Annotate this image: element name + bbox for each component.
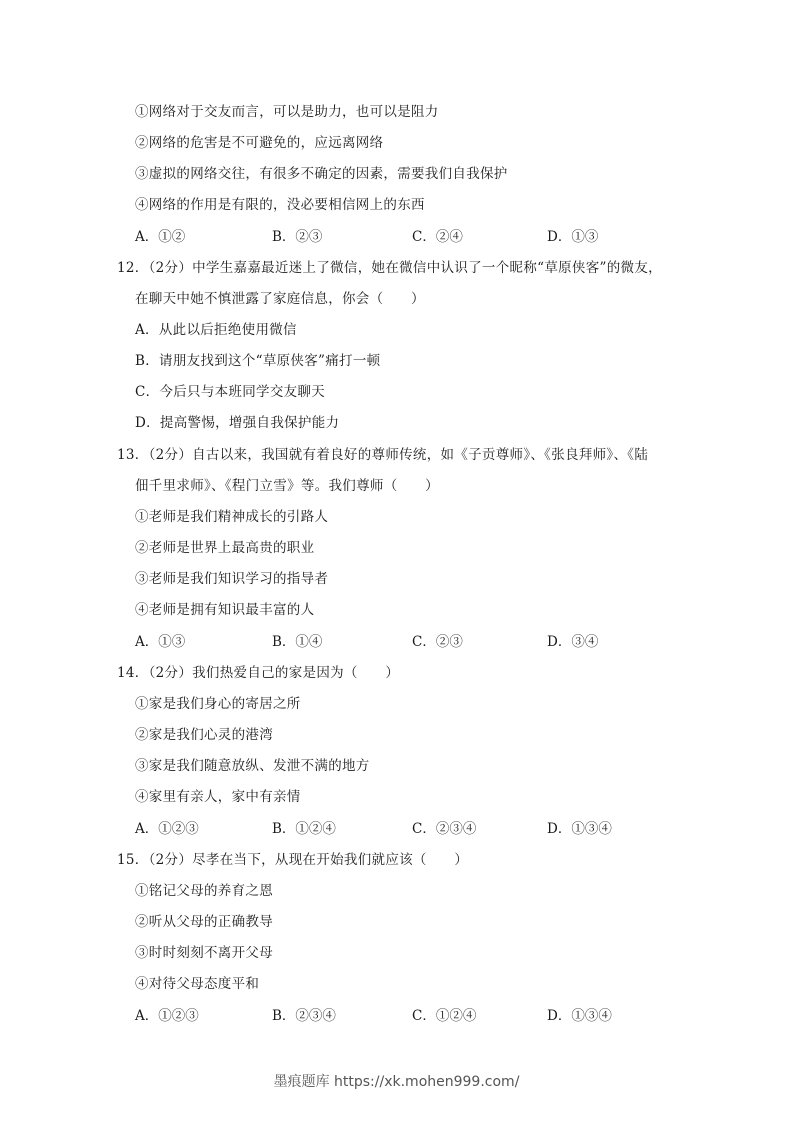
statement: ②网络的危害是不可避免的，应远离网络 [135,135,383,151]
statement: ①铭记父母的养育之恩 [135,883,273,899]
question-stem: 14．（2分）我们热爱自己的家是因为（ ） [117,665,399,681]
statement: ④对待父母态度平和 [135,976,259,992]
options-row: A．①③ B．①④ C．②③ D．③④ [135,634,695,650]
option-c: C．①②④ [412,1008,476,1024]
option-c: C．②④ [412,229,463,245]
option-d: D．①③④ [547,821,612,837]
statement: ④网络的作用是有限的，没必要相信网上的东西 [135,197,425,213]
option-b: B．①④ [272,634,322,650]
option-a: A．①② [135,229,185,245]
statement: ①网络对于交友而言，可以是助力，也可以是阻力 [135,104,439,120]
statement: ②家是我们心灵的港湾 [135,727,273,743]
option-b: B．②③④ [272,1008,336,1024]
options-row: A．①②③ B．②③④ C．①②④ D．①③④ [135,1008,695,1024]
option-d: D．①③ [547,229,598,245]
option-a: A．①③ [135,634,185,650]
options-row: A．①② B．②③ C．②④ D．①③ [135,229,695,245]
statement: ①老师是我们精神成长的引路人 [135,509,328,525]
option-c: C．②③ [412,634,463,650]
exam-page: ①网络对于交友而言，可以是助力，也可以是阻力 ②网络的危害是不可避免的，应远离网… [0,0,793,1122]
statement: ③时时刻刻不离开父母 [135,945,273,961]
option-b: B．②③ [272,229,322,245]
question-stem-cont: 佃千里求师》、《程门立雪》等。我们尊师（ ） [135,478,439,494]
option-d: D．提高警惕，增强自我保护能力 [135,415,339,431]
question-stem: 15．（2分）尽孝在当下，从现在开始我们就应该（ ） [117,852,468,868]
question-stem: 12．（2分）中学生嘉嘉最近迷上了微信，她在微信中认识了一个昵称“草原侠客”的微… [117,260,662,276]
statement: ②听从父母的正确教导 [135,914,273,930]
statement: ③家是我们随意放纵、发泄不满的地方 [135,758,370,774]
statement: ③老师是我们知识学习的指导者 [135,571,328,587]
option-b: B．请朋友找到这个“草原侠客”痛打一顿 [135,353,380,369]
statement: ①家是我们身心的寄居之所 [135,696,301,712]
option-c: C．②③④ [412,821,476,837]
option-d: D．③④ [547,634,598,650]
option-b: B．①②④ [272,821,336,837]
option-a: A．①②③ [135,1008,199,1024]
statement: ③虚拟的网络交往，有很多不确定的因素，需要我们自我保护 [135,166,508,182]
question-stem: 13．（2分）自古以来，我国就有着良好的尊师传统，如《子贡尊师》、《张良拜师》、… [117,447,648,463]
option-a: A．①②③ [135,821,199,837]
footer-watermark: 墨痕题库 https://xk.mohen999.com/ [0,1071,793,1091]
options-row: A．①②③ B．①②④ C．②③④ D．①③④ [135,821,695,837]
statement: ④老师是拥有知识最丰富的人 [135,602,314,618]
question-stem-cont: 在聊天中她不慎泄露了家庭信息，你会（ ） [135,291,425,307]
statement: ②老师是世界上最高贵的职业 [135,540,314,556]
option-d: D．①③④ [547,1008,612,1024]
option-a: A．从此以后拒绝使用微信 [135,322,297,338]
statement: ④家里有亲人，家中有亲情 [135,789,301,805]
option-c: C．今后只与本班同学交友聊天 [135,384,325,400]
